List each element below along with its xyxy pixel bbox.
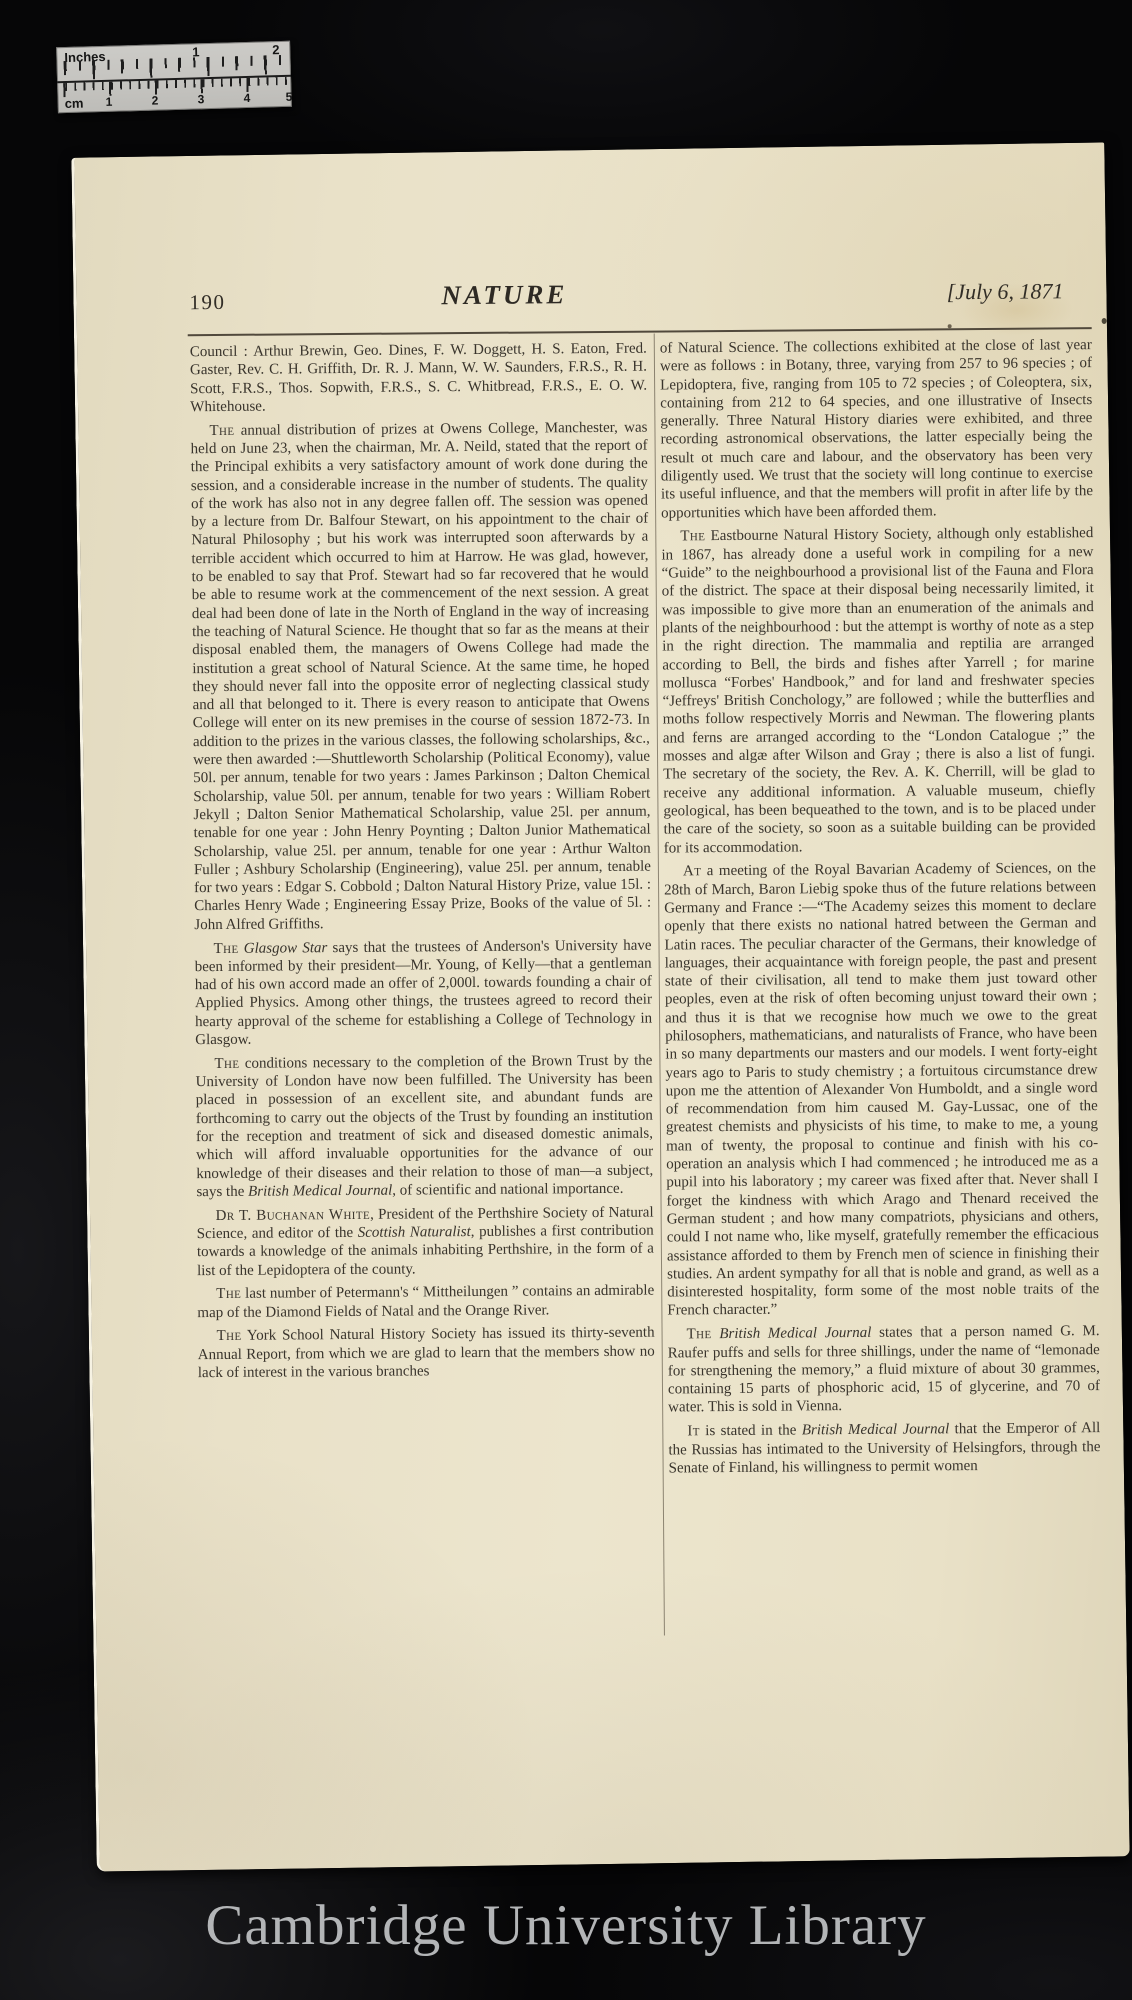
text-segment: Glasgow Star [244, 940, 328, 957]
paragraph: The conditions necessary to the completi… [195, 1051, 653, 1201]
ruler-inch-major-ticks [93, 55, 287, 79]
scanned-page: 190 NATURE [July 6, 1871 Council : Arthu… [71, 142, 1129, 1871]
text-segment: Dr T. Buchanan White [216, 1206, 371, 1223]
text-segment: British Medical Journal [719, 1325, 871, 1342]
page-content: 190 NATURE [July 6, 1871 Council : Arthu… [80, 146, 1123, 1868]
text-segment: The [209, 423, 234, 439]
text-segment: At [683, 864, 701, 880]
measurement-ruler: Inches 1 2 1 2 3 4 5 cm [56, 41, 292, 114]
text-segment: a meeting of the Royal Bavarian Academy … [664, 860, 1099, 1319]
text-segment: of Natural Science. The collections exhi… [660, 337, 1093, 521]
ruler-inch-number: 2 [272, 42, 280, 57]
text-segment: The [213, 940, 238, 956]
text-segment: is stated in the [700, 1423, 802, 1440]
paragraph: The British Medical Journal states that … [668, 1322, 1101, 1417]
text-segment: It [687, 1423, 700, 1439]
header-rule [188, 327, 1092, 336]
text-segment: The [216, 1286, 241, 1302]
paragraph: Council : Arthur Brewin, Geo. Dines, F. … [190, 340, 648, 417]
paragraph: At a meeting of the Royal Bavarian Acade… [664, 859, 1100, 1320]
text-segment: Scottish Naturalist [358, 1224, 471, 1241]
ruler-cm-number: 3 [197, 92, 204, 106]
text-segment: The [217, 1328, 242, 1344]
ruler-cm-number: 4 [243, 91, 250, 105]
library-watermark: Cambridge University Library [0, 1893, 1132, 1958]
paragraph: The last number of Petermann's “ Mitthei… [197, 1282, 654, 1322]
paragraph: The annual distribution of prizes at Owe… [190, 418, 651, 934]
text-segment: The [680, 529, 705, 545]
paragraph: The Eastbourne Natural History Society, … [661, 525, 1096, 858]
paragraph: It is stated in the British Medical Jour… [668, 1419, 1100, 1477]
page-number: 190 [189, 290, 225, 315]
ruler-cm-number: 1 [105, 95, 112, 109]
scan-background: Inches 1 2 1 2 3 4 5 cm 190 NATURE [July… [0, 0, 1132, 2000]
paragraph: The Glasgow Star says that the trustees … [194, 936, 652, 1049]
text-segment: Eastbourne Natural History Society, alth… [661, 526, 1095, 856]
paper-speck [1102, 318, 1107, 324]
text-segment: Council : Arthur Brewin, Geo. Dines, F. … [190, 341, 647, 415]
ruler-inch-number: 1 [192, 44, 200, 59]
text-segment [712, 1326, 720, 1342]
text-segment: , of scientific and national importance. [392, 1181, 623, 1199]
column-right: of Natural Science. The collections exhi… [660, 336, 1101, 1483]
text-segment: British Medical Journal [248, 1182, 392, 1199]
issue-date: [July 6, 1871 [947, 278, 1064, 305]
paragraph: Dr T. Buchanan White, President of the P… [197, 1203, 655, 1280]
text-segment: conditions necessary to the completion o… [196, 1052, 654, 1200]
text-segment: last number of Petermann's “ Mittheilung… [197, 1283, 654, 1321]
ruler-cm-number: 2 [151, 93, 158, 107]
ruler-cm-scale: 1 2 3 4 5 cm [57, 77, 292, 114]
text-segment: The [214, 1056, 239, 1072]
ruler-cm-label: cm [64, 96, 83, 112]
paragraph: of Natural Science. The collections exhi… [660, 336, 1093, 522]
text-segment: York School Natural History Society has … [198, 1325, 655, 1381]
journal-title: NATURE [441, 279, 567, 311]
column-left: Council : Arthur Brewin, Geo. Dines, F. … [190, 340, 655, 1388]
text-segment: annual distribution of prizes at Owens C… [191, 419, 652, 933]
ruler-cm-number: 5 [285, 90, 292, 104]
paragraph: The York School Natural History Society … [198, 1324, 655, 1382]
text-segment: The [687, 1326, 712, 1342]
text-segment: British Medical Journal [802, 1421, 950, 1438]
